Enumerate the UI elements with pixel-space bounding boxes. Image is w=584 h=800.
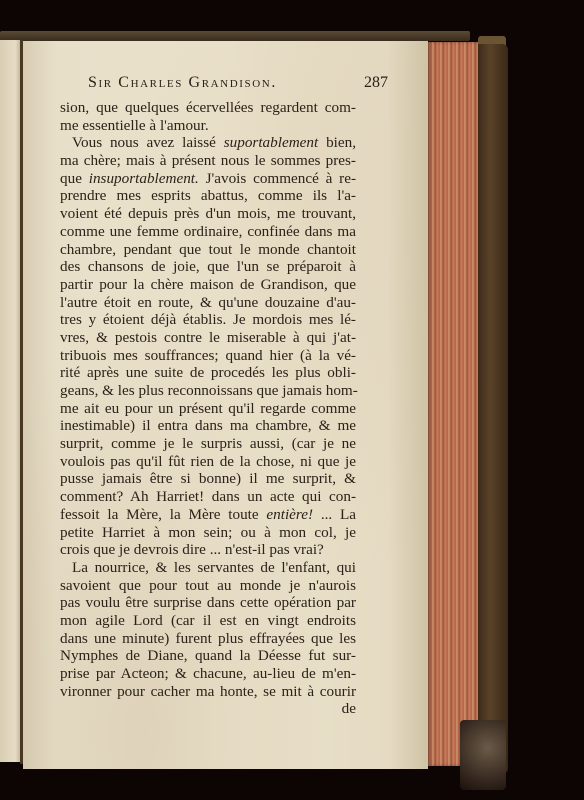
- text-line: dans une minute) furent plus effrayées q…: [60, 630, 356, 648]
- book-top-board: [0, 31, 470, 41]
- text-line: vironner pour cacher ma honte, se mit à …: [60, 683, 356, 701]
- text-line: voulois pas qu'il fût rien de la chose, …: [60, 453, 356, 471]
- text-line: Vous nous avez laissé suportablement bie…: [60, 134, 356, 152]
- text-line: inestimable) il entra dans ma chambre, &…: [60, 417, 356, 435]
- text-line: prendre mes esprits abattus, comme ils l…: [60, 187, 356, 205]
- cover-worn-corner: [460, 720, 506, 790]
- text-line: geans, & les plus reconnoissans que jama…: [60, 382, 356, 400]
- text-line: comme une femme ordinaire, confinée dans…: [60, 223, 356, 241]
- text-line: mon agile Lord (car il est en vingt endr…: [60, 612, 356, 630]
- text-line: surprit, comme je le surpris aussi, (car…: [60, 435, 356, 453]
- text-line: comment? Ah Harriet! dans un acte qui co…: [60, 488, 356, 506]
- text-line: partir pour la chère maison de Grandison…: [60, 276, 356, 294]
- text-line: me essentielle à l'amour.: [60, 117, 356, 135]
- left-page-edge: [0, 40, 22, 762]
- text-line: ma chère; mais à présent nous le sommes …: [60, 152, 356, 170]
- text-line: petite Harriet à mon sein; ou à mon col,…: [60, 524, 356, 542]
- body-text: sion, que quelques écervellées regardent…: [60, 99, 356, 718]
- page-number: 287: [364, 74, 388, 92]
- text-line: me ait eu pour un présent qu'il regarde …: [60, 400, 356, 418]
- text-line: crois que je devrois dire ... n'est-il p…: [60, 541, 356, 559]
- page-fore-edge: [428, 42, 480, 766]
- text-line: pas voulu être surprise dans cette opéra…: [60, 594, 356, 612]
- text-line: Nymphes de Diane, quand la Déesse fut su…: [60, 647, 356, 665]
- italic-emphasis: insuportablement.: [89, 170, 199, 187]
- text-line: pusse jamais être si bonne) il me surpri…: [60, 470, 356, 488]
- text-line: tres y étoient déjà établis. Je mordois …: [60, 311, 356, 329]
- text-line: l'autre étoit en route, & qu'une douzain…: [60, 294, 356, 312]
- text-line: tribuois mes souffrances; quand hier (à …: [60, 347, 356, 365]
- italic-emphasis: suportablement: [224, 134, 319, 151]
- text-line: vres, & pestois contre le miserable à qu…: [60, 329, 356, 347]
- catchword: de: [60, 700, 356, 718]
- text-line: La nourrice, & les servantes de l'enfant…: [60, 559, 356, 577]
- book-cover-board: [478, 44, 508, 774]
- text-line: voient été depuis près d'un mois, me tro…: [60, 205, 356, 223]
- running-title: Sir Charles Grandison.: [88, 74, 277, 92]
- text-line: sion, que quelques écervellées regardent…: [60, 99, 356, 117]
- running-head: Sir Charles Grandison. 287: [88, 74, 388, 96]
- text-line: rité après une suite de procedés les plu…: [60, 364, 356, 382]
- text-line: que insuportablement. J'avois commencé à…: [60, 170, 356, 188]
- text-line: chambre, pendant que tout le monde chant…: [60, 241, 356, 259]
- text-line: prise par Acteon; & chacune, au-lieu de …: [60, 665, 356, 683]
- text-line: savoient que pour tout au monde je n'aur…: [60, 577, 356, 595]
- italic-emphasis: entière!: [266, 506, 313, 523]
- text-line: fessoit la Mère, la Mère toute entière! …: [60, 506, 356, 524]
- text-line: des chansons de joie, que l'un se prépar…: [60, 258, 356, 276]
